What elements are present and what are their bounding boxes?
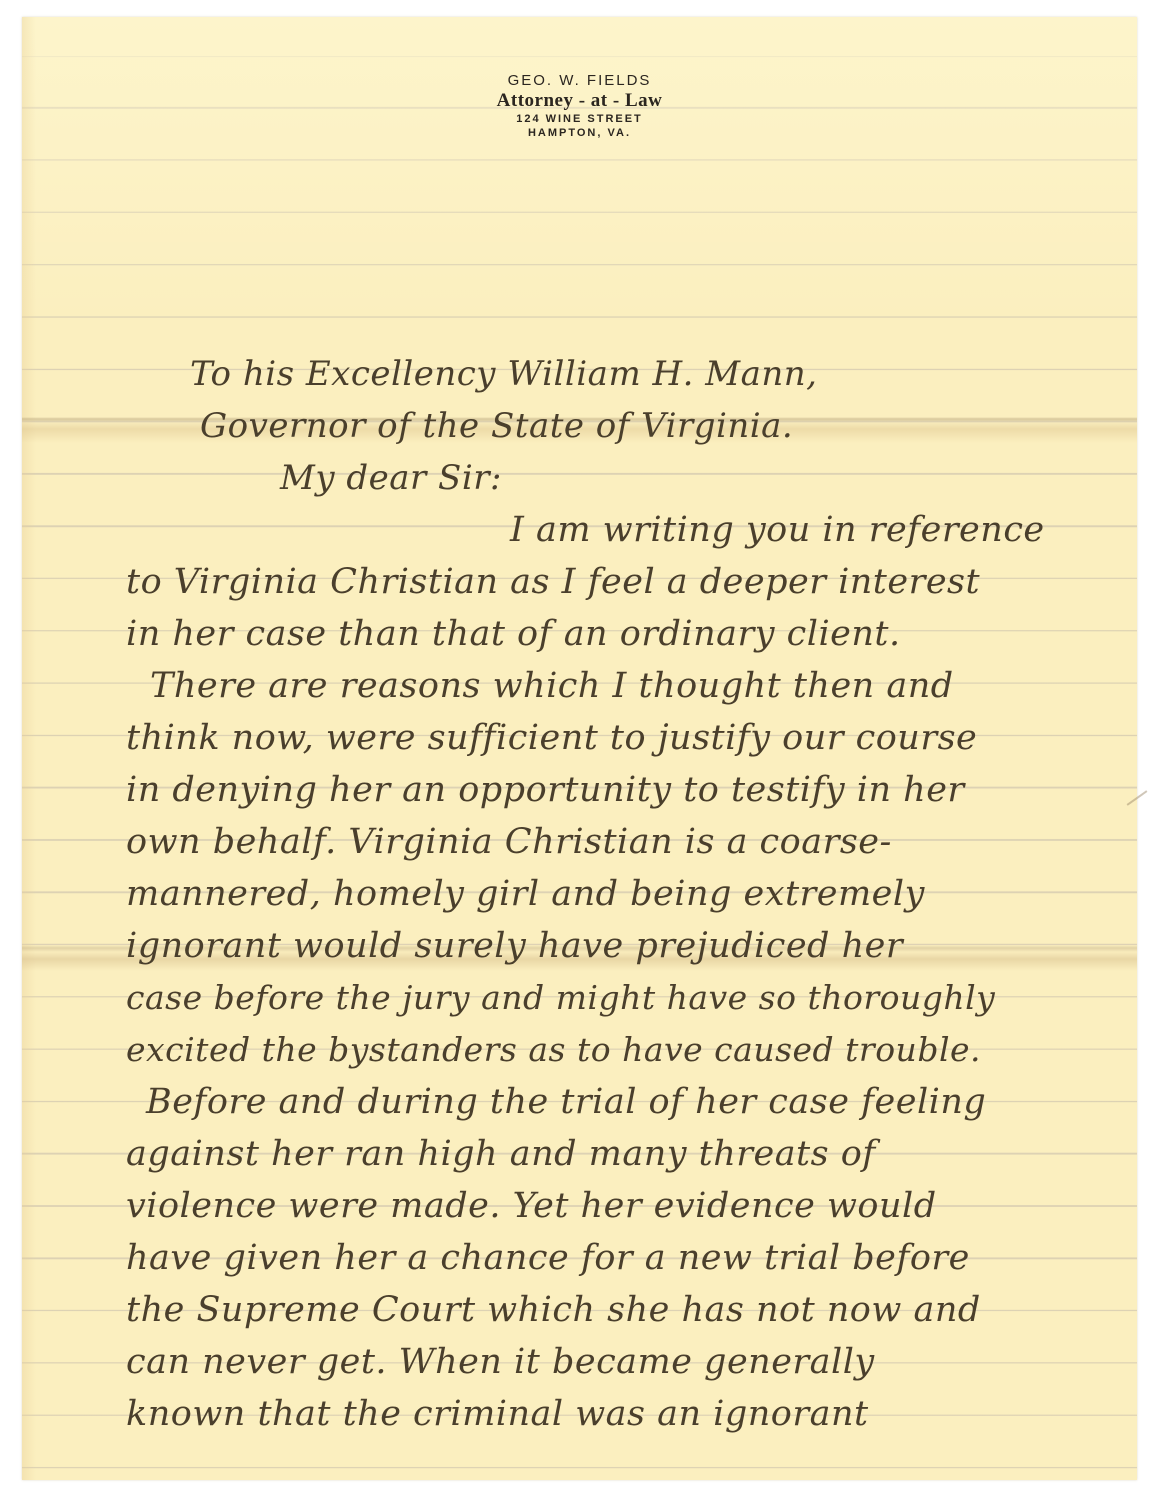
letterhead-street: 124 WINE STREET [22,112,1137,126]
letterhead-name: GEO. W. FIELDS [22,72,1137,90]
letterhead-title: Attorney - at - Law [22,90,1137,112]
body-line-3: in her case than that of an ordinary cli… [126,617,901,652]
body-line-5: think now, were sufficient to justify ou… [126,721,977,756]
body-line-6: in denying her an opportunity to testify… [126,773,965,808]
body-line-17: can never get. When it became generally [126,1345,875,1380]
body-line-15: have given her a chance for a new trial … [126,1241,970,1276]
body-line-18: known that the criminal was an ignorant [126,1397,869,1432]
body-line-14: violence were made. Yet her evidence wou… [126,1189,937,1224]
letterhead-city: HAMPTON, VA. [22,126,1137,140]
body-line-12: Before and during the trial of her case … [146,1085,986,1120]
letterhead: GEO. W. FIELDS Attorney - at - Law 124 W… [22,72,1137,140]
body-line-10: case before the jury and might have so t… [126,981,995,1014]
body-line-1: I am writing you in reference [510,513,1045,548]
body-line-8: mannered, homely girl and being extremel… [126,877,925,912]
pencil-mark [1127,790,1148,805]
letter-page: GEO. W. FIELDS Attorney - at - Law 124 W… [22,17,1137,1480]
body-line-7: own behalf. Virginia Christian is a coar… [126,825,892,860]
body-line-11: excited the bystanders as to have caused… [126,1033,981,1066]
body-line-4: There are reasons which I thought then a… [150,669,954,704]
body-line-9: ignorant would surely have prejudiced he… [126,929,903,964]
body-line-2: to Virginia Christian as I feel a deeper… [126,565,980,600]
body-line-16: the Supreme Court which she has not now … [126,1293,981,1328]
address-line-1: To his Excellency William H. Mann, [190,357,817,391]
greeting: My dear Sir: [280,461,502,495]
address-line-2: Governor of the State of Virginia. [200,409,793,443]
body-line-13: against her ran high and many threats of [126,1137,876,1172]
